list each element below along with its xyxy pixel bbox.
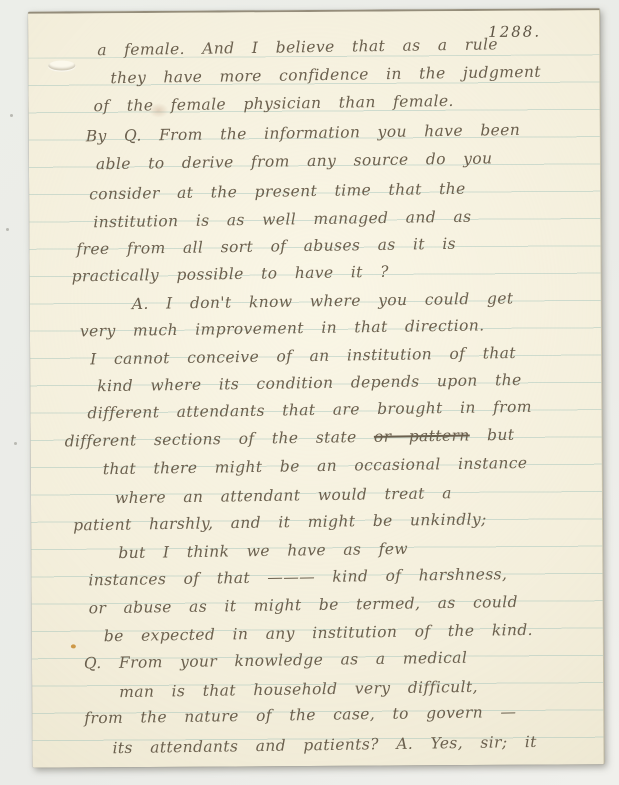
scan-speck	[14, 442, 17, 445]
scan-speck	[6, 228, 9, 231]
manuscript-page: 1288. a female. And I believe that as a …	[28, 8, 605, 767]
paper-speck	[71, 644, 76, 648]
scan-speck	[10, 114, 13, 117]
scanned-page-background: 1288. a female. And I believe that as a …	[0, 0, 619, 785]
struck-text: or pattern	[374, 426, 470, 445]
line-text: but	[470, 426, 515, 445]
